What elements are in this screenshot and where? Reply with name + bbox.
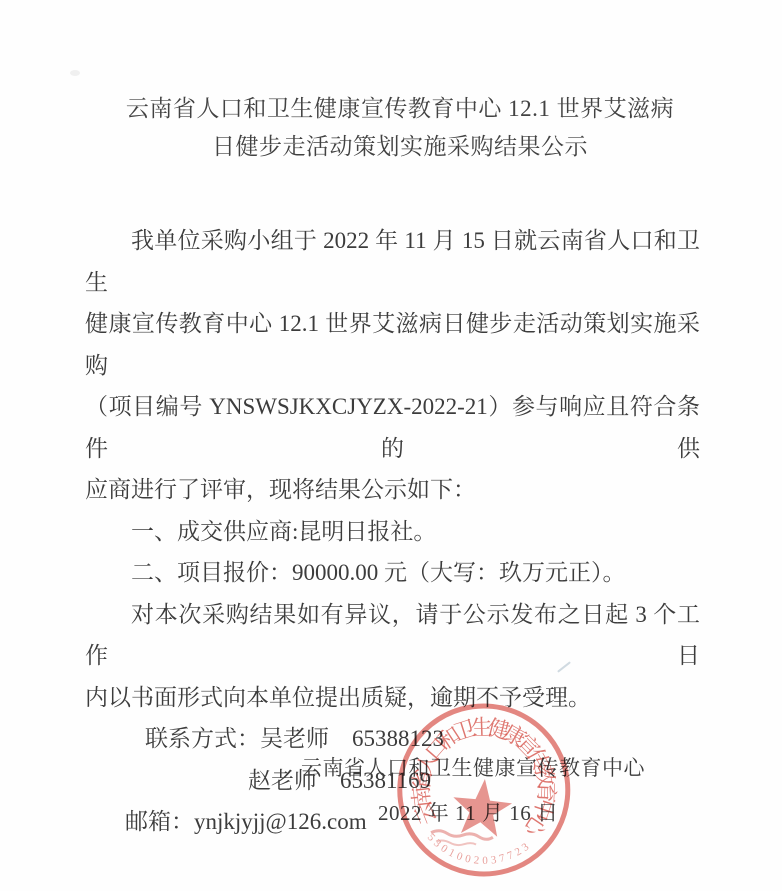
svg-text:2: 2 [473,854,480,867]
project-price-line: 二、项目报价：90000.00 元（大写：玖万元正）。 [85,552,700,594]
title-line-2: 日健步走活动策划实施采购结果公示 [18,128,782,166]
signature-date: 2022 年 11 月 16 日 [378,797,558,827]
svg-text:7: 7 [498,852,507,865]
svg-text:1: 1 [446,847,456,860]
body-line: 内以书面形式向本单位提出质疑，逾期不予受理。 [85,677,700,719]
svg-text:0: 0 [482,855,488,867]
signature-organization: 云南省人口和卫生健康宣传教育中心 [301,752,645,782]
body-line: 应商进行了评审，现将结果公示如下： [85,469,700,511]
svg-text:0: 0 [464,853,473,866]
svg-text:3: 3 [490,854,498,867]
svg-text:2: 2 [513,846,524,859]
svg-text:0: 0 [455,850,465,863]
body-line: 对本次采购结果如有异议，请于公示发布之日起 3 个工作日 [85,594,700,677]
document-title: 云南省人口和卫生健康宣传教育中心 12.1 世界艾滋病 日健步走活动策划实施采购… [18,90,782,166]
svg-text:0: 0 [438,842,450,855]
body-line: （项目编号 YNSWSJKXCJYZX-2022-21）参与响应且符合条件的供 [85,386,700,469]
scan-artifact-smudge [70,70,80,76]
title-line-1: 云南省人口和卫生健康宣传教育中心 12.1 世界艾滋病 [18,90,782,128]
document-body: 我单位采购小组于 2022 年 11 月 15 日就云南省人口和卫生 健康宣传教… [85,220,700,843]
body-line: 健康宣传教育中心 12.1 世界艾滋病日健步走活动策划实施采购 [85,303,700,386]
document-page: 云南省人口和卫生健康宣传教育中心 12.1 世界艾滋病 日健步走活动策划实施采购… [0,0,782,891]
body-line: 我单位采购小组于 2022 年 11 月 15 日就云南省人口和卫生 [85,220,700,303]
awarded-supplier-line: 一、成交供应商:昆明日报社。 [85,511,700,553]
svg-text:3: 3 [520,841,532,854]
svg-text:7: 7 [506,849,516,862]
